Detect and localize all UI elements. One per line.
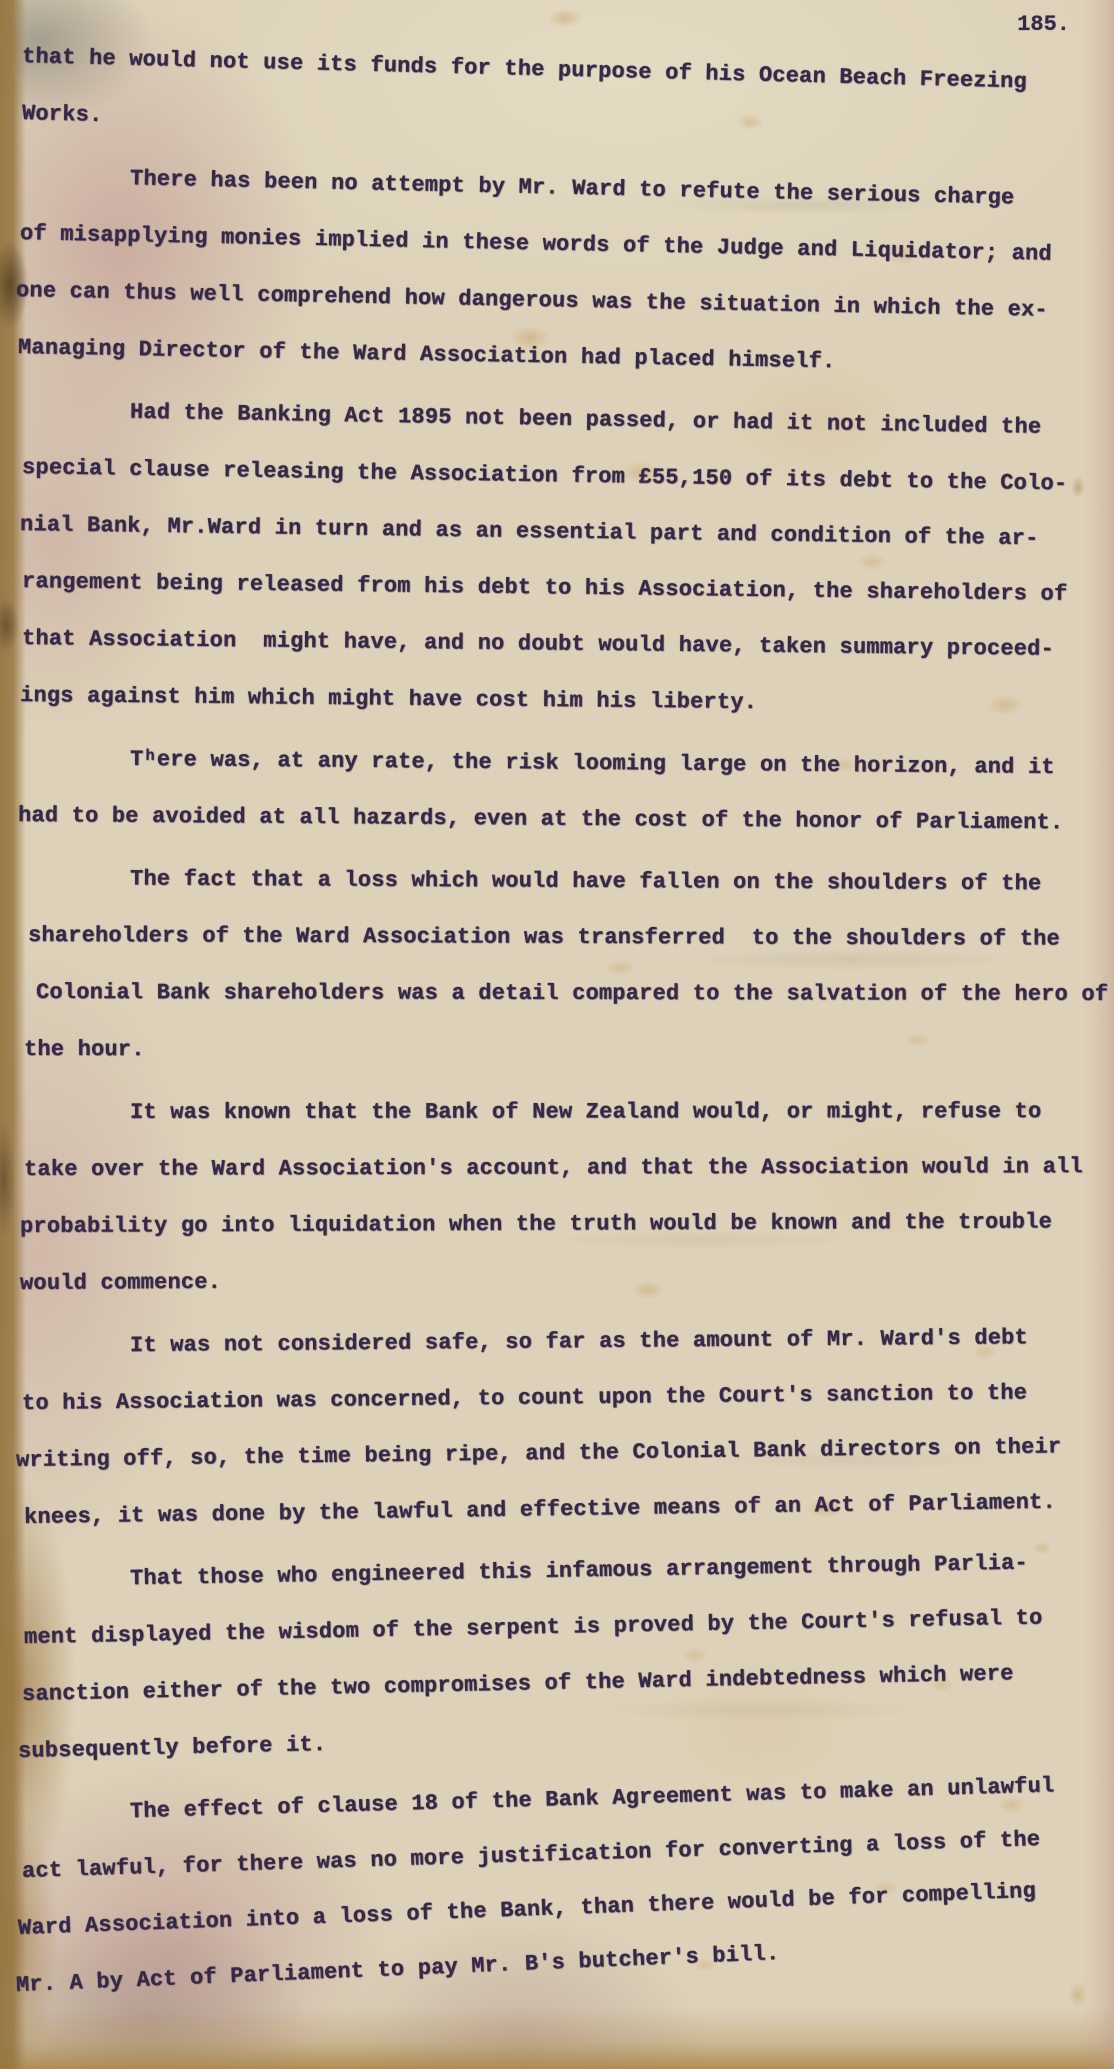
typewritten-line: Tʰere was, at any rate, the risk looming… [30,730,1114,796]
typewritten-line: Colonial Bank shareholders was a detail … [36,964,1114,1023]
typewritten-line: ings against him which might have cost h… [20,667,1114,734]
typewritten-line: the hour. [24,1021,1114,1079]
typewritten-line: would commence. [20,1248,1114,1312]
typewritten-line: had to be avoided at all hazards, even a… [18,787,1114,852]
typewritten-line: shareholders of the Ward Association was… [28,907,1114,968]
typewritten-line: It was known that the Bank of New Zealan… [30,1083,1114,1141]
scanned-document-page: 185. that he would not use its funds for… [0,0,1114,2069]
typewritten-line: probability go into liquidation when the… [20,1193,1114,1255]
typewritten-line: take over the Ward Association's account… [24,1138,1114,1198]
typewritten-line: The fact that a loss which would have fa… [30,850,1114,913]
document-body: that he would not use its funds for the … [0,28,1114,2014]
